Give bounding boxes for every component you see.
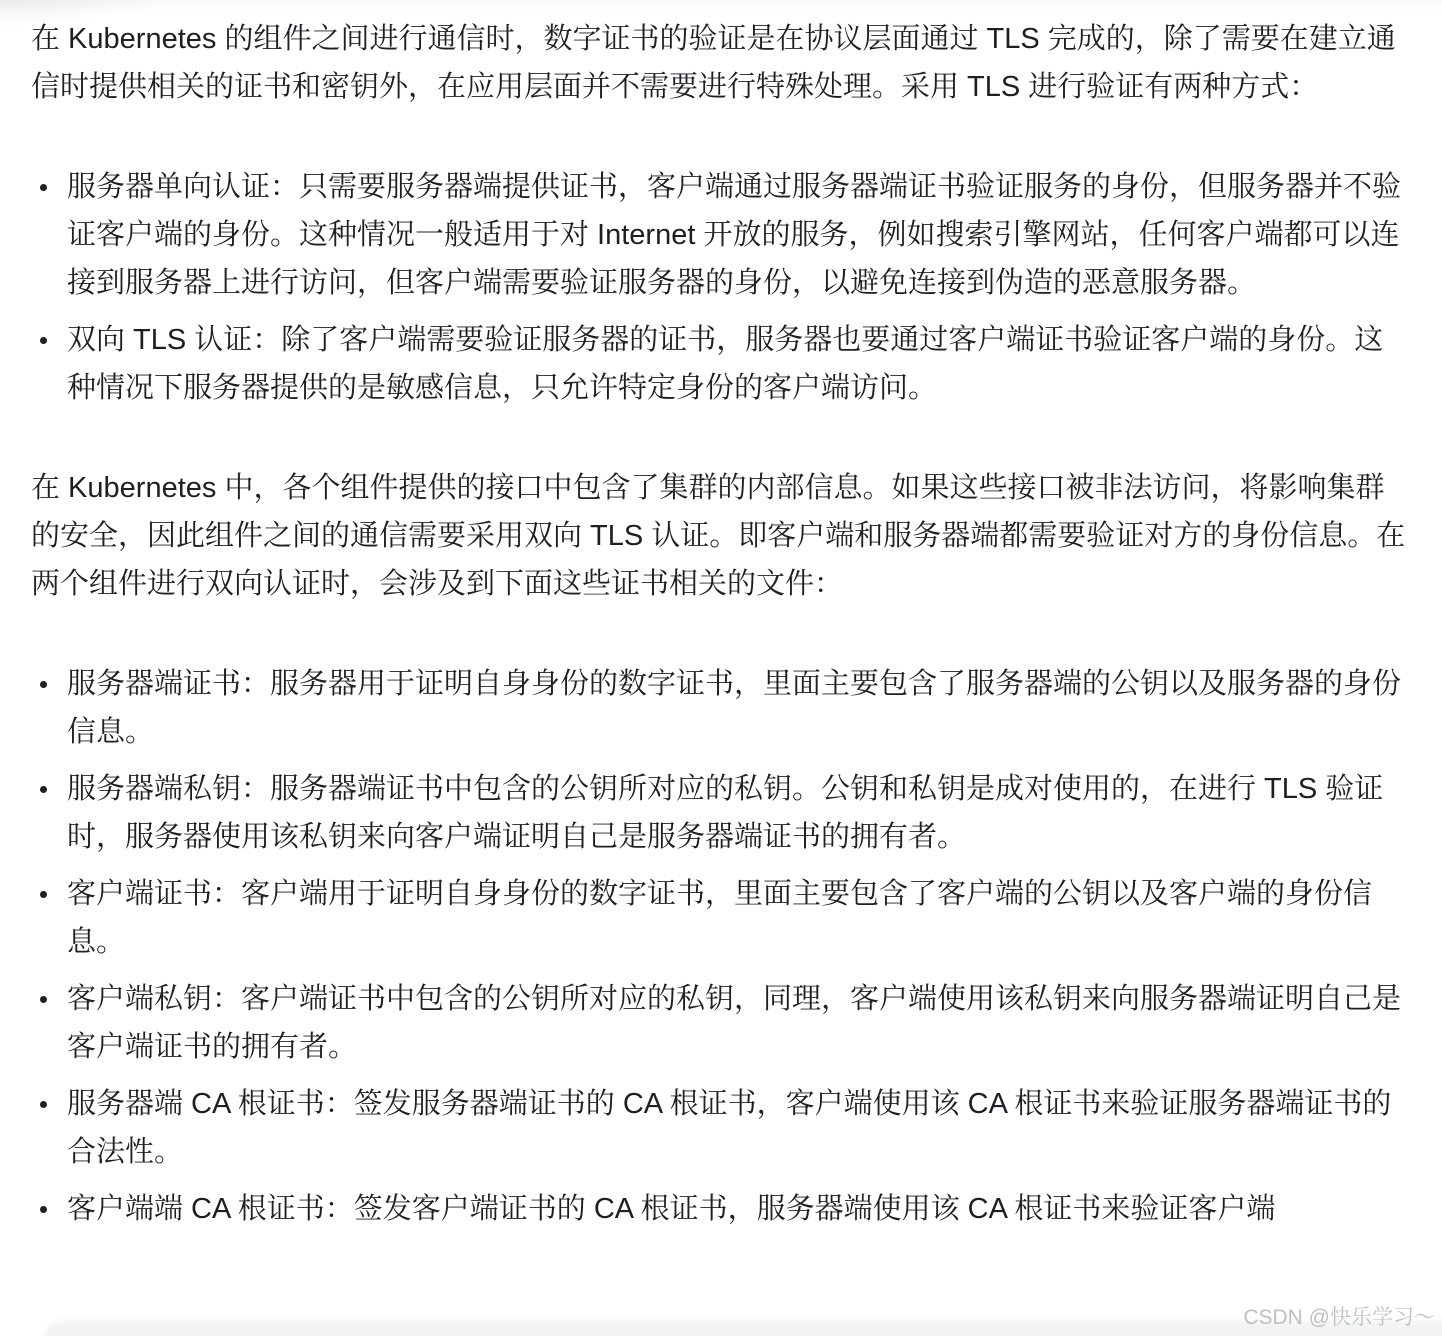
intro-paragraph: 在 Kubernetes 的组件之间进行通信时，数字证书的验证是在协议层面通过 … xyxy=(31,15,1411,111)
article-content: 在 Kubernetes 的组件之间进行通信时，数字证书的验证是在协议层面通过 … xyxy=(0,0,1442,1233)
list-item-server-ca-root-cert: 服务器端 CA 根证书：签发服务器端证书的 CA 根证书，客户端使用该 CA 根… xyxy=(67,1080,1411,1176)
list-item-server-cert: 服务器端证书：服务器用于证明自身身份的数字证书，里面主要包含了服务器端的公钥以及… xyxy=(67,660,1411,756)
list-item-server-one-way-auth: 服务器单向认证：只需要服务器端提供证书，客户端通过服务器端证书验证服务的身份，但… xyxy=(67,163,1411,307)
certificate-file-list: 服务器端证书：服务器用于证明自身身份的数字证书，里面主要包含了服务器端的公钥以及… xyxy=(31,660,1411,1233)
csdn-watermark: CSDN @快乐学习～ xyxy=(1243,1304,1435,1332)
next-block-top-strip xyxy=(42,1321,1442,1336)
list-item-server-private-key: 服务器端私钥：服务器端证书中包含的公钥所对应的私钥。公钥和私钥是成对使用的，在进… xyxy=(67,765,1411,861)
mutual-tls-paragraph: 在 Kubernetes 中，各个组件提供的接口中包含了集群的内部信息。如果这些… xyxy=(31,464,1411,608)
list-item-client-ca-root-cert: 客户端端 CA 根证书：签发客户端证书的 CA 根证书，服务器端使用该 CA 根… xyxy=(67,1185,1411,1233)
list-item-client-private-key: 客户端私钥：客户端证书中包含的公钥所对应的私钥，同理，客户端使用该私钥来向服务器… xyxy=(67,975,1411,1071)
list-item-mutual-tls-auth: 双向 TLS 认证：除了客户端需要验证服务器的证书，服务器也要通过客户端证书验证… xyxy=(67,316,1411,412)
article-page: 在 Kubernetes 的组件之间进行通信时，数字证书的验证是在协议层面通过 … xyxy=(0,0,1442,1336)
list-item-client-cert: 客户端证书：客户端用于证明自身身份的数字证书，里面主要包含了客户端的公钥以及客户… xyxy=(67,870,1411,966)
tls-auth-mode-list: 服务器单向认证：只需要服务器端提供证书，客户端通过服务器端证书验证服务的身份，但… xyxy=(31,163,1411,412)
